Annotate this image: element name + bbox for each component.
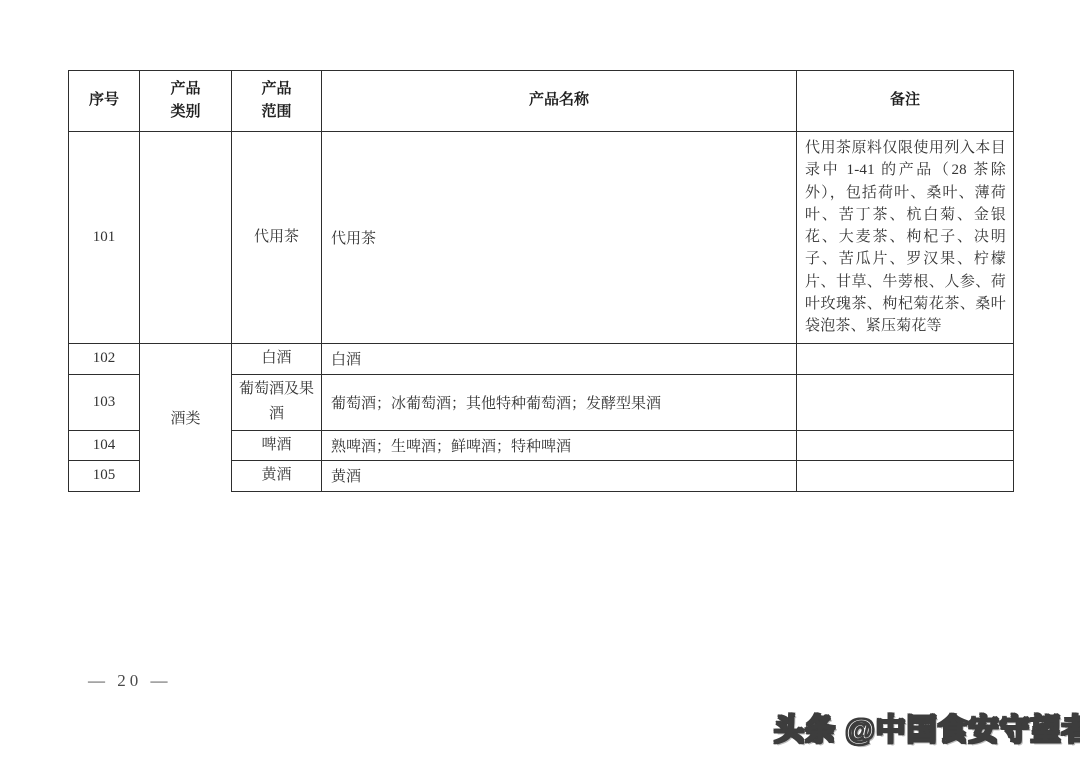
cell-serial: 101 [69, 132, 140, 344]
cell-category [140, 132, 232, 344]
col-header-name: 产品名称 [322, 71, 797, 132]
cell-serial: 103 [69, 374, 140, 430]
cell-category-alcohol-group: 酒类 [140, 344, 232, 492]
cell-product-name: 白酒 [322, 344, 797, 375]
table-header-row: 序号 产品 类别 产品 范围 产品名称 备注 [69, 71, 1014, 132]
cell-product-name: 熟啤酒；生啤酒；鲜啤酒；特种啤酒 [322, 430, 797, 461]
cell-scope: 白酒 [232, 344, 322, 375]
watermark-toutiao: 头条 @中国食安守望者 [774, 705, 1080, 749]
page-number: — 20 — [88, 671, 172, 691]
cell-serial: 104 [69, 430, 140, 461]
cell-remark [797, 374, 1014, 430]
cell-scope: 黄酒 [232, 461, 322, 492]
cell-scope: 啤酒 [232, 430, 322, 461]
cell-product-name: 黄酒 [322, 461, 797, 492]
cell-serial: 105 [69, 461, 140, 492]
cell-remark [797, 344, 1014, 375]
cell-remark: 代用茶原料仅限使用列入本目录中 1-41 的产品（28 茶除外），包括荷叶、桑叶… [797, 132, 1014, 344]
cell-remark [797, 430, 1014, 461]
col-header-scope: 产品 范围 [232, 71, 322, 132]
document-page: 序号 产品 类别 产品 范围 产品名称 备注 101 代用茶 代用茶 代用茶原料… [0, 0, 1080, 763]
cell-product-name: 葡萄酒；冰葡萄酒；其他特种葡萄酒；发酵型果酒 [322, 374, 797, 430]
cell-scope: 葡萄酒及果酒 [232, 374, 322, 430]
cell-serial: 102 [69, 344, 140, 375]
cell-product-name: 代用茶 [322, 132, 797, 344]
col-header-remark: 备注 [797, 71, 1014, 132]
cell-remark [797, 461, 1014, 492]
product-table: 序号 产品 类别 产品 范围 产品名称 备注 101 代用茶 代用茶 代用茶原料… [68, 70, 1014, 492]
col-header-category: 产品 类别 [140, 71, 232, 132]
col-header-serial: 序号 [69, 71, 140, 132]
table-row-101: 101 代用茶 代用茶 代用茶原料仅限使用列入本目录中 1-41 的产品（28 … [69, 132, 1014, 344]
table-row-102: 102 酒类 白酒 白酒 [69, 344, 1014, 375]
cell-scope: 代用茶 [232, 132, 322, 344]
